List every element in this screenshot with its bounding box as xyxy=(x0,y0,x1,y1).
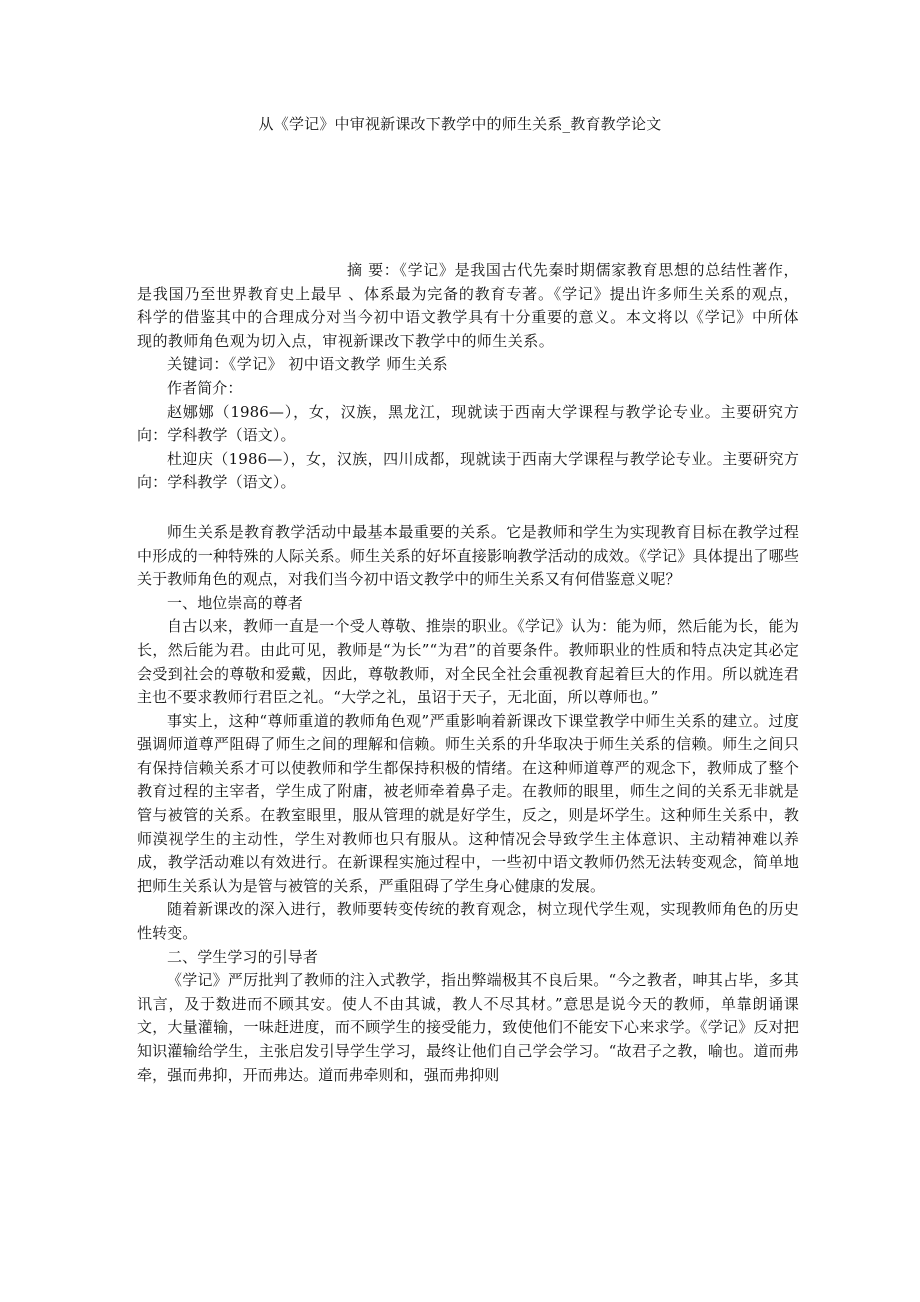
body-paragraph: 随着新课改的深入进行，教师要转变传统的教育观念，树立现代学生观，实现教师角色的历… xyxy=(137,898,799,945)
document-title: 从《学记》中审视新课改下教学中的师生关系_教育教学论文 xyxy=(0,114,920,134)
paragraph-spacer xyxy=(137,495,799,521)
body-paragraph: 自古以来，教师一直是一个受人尊敬、推崇的职业。《学记》认为：能为师，然后能为长，… xyxy=(137,615,799,709)
keywords-line: 关键词：《学记》 初中语文教学 师生关系 xyxy=(137,353,799,377)
author-bio: 杜迎庆（1986—），女，汉族，四川成都，现就读于西南大学课程与教学论专业。主要… xyxy=(137,448,799,495)
author-intro-label: 作者简介： xyxy=(137,377,799,401)
body-paragraph: 事实上，这种“尊师重道的教师角色观”严重影响着新课改下课堂教学中师生关系的建立。… xyxy=(137,710,799,899)
body-paragraph: 师生关系是教育教学活动中最基本最重要的关系。它是教师和学生为实现教育目标在教学过… xyxy=(137,521,799,592)
abstract-paragraph: 摘 要：《学记》是我国古代先秦时期儒家教育思想的总结性著作，是我国乃至世界教育史… xyxy=(137,259,799,353)
author-bio: 赵娜娜（1986—），女，汉族，黑龙江，现就读于西南大学课程与教学论专业。主要研… xyxy=(137,401,799,448)
document-body: 摘 要：《学记》是我国古代先秦时期儒家教育思想的总结性著作，是我国乃至世界教育史… xyxy=(137,259,799,1087)
body-paragraph: 《学记》严厉批判了教师的注入式教学，指出弊端极其不良后果。“今之教者，呻其占毕，… xyxy=(137,969,799,1087)
section-heading: 二、学生学习的引导者 xyxy=(137,946,799,970)
document-page: 从《学记》中审视新课改下教学中的师生关系_教育教学论文 摘 要：《学记》是我国古… xyxy=(0,0,920,1302)
section-heading: 一、地位崇高的尊者 xyxy=(137,592,799,616)
